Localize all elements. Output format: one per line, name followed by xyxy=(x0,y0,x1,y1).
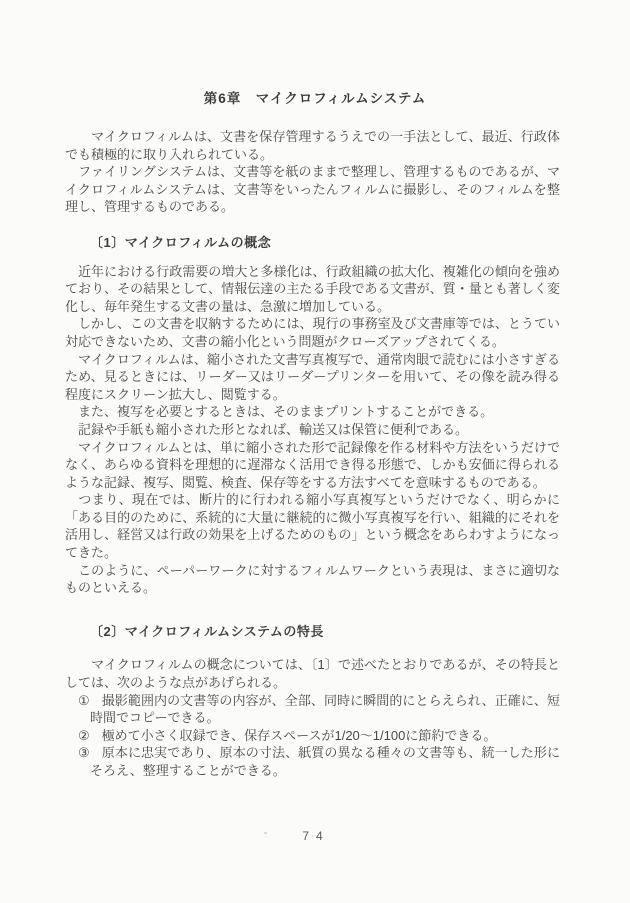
paragraph: しかし、この文書を収納するためには、現行の事務室及び文書庫等では、とうてい対応で… xyxy=(65,315,560,350)
paragraph: マイクロフィルムの概念については、〔1〕で述べたとおりであるが、その特長としては… xyxy=(65,656,560,691)
feature-item: ②極めて小さく収録でき、保存スペースが1/20〜1/100に節約できる。 xyxy=(65,727,560,745)
document-content: マイクロフィルムは、文書を保存管理するうえでの一手法として、最近、行政体でも積極… xyxy=(65,128,560,845)
paragraph: マイクロフィルムとは、単に縮小された形で記録像を作る材料や方法をいうだけでなく、… xyxy=(65,439,560,492)
feature-item: ①撮影範囲内の文書等の内容が、全部、同時に瞬間的にとらえられ、正確に、短時間でコ… xyxy=(65,692,560,727)
feature-text: 原本に忠実であり、原本の寸法、紙質の異なる種々の文書等も、統一した形にそろえ、整… xyxy=(90,745,560,778)
feature-marker: ② xyxy=(78,728,90,743)
feature-marker: ① xyxy=(78,693,90,708)
paragraph: このように、ペーパーワークに対するフィルムワークという表現は、まさに適切なものと… xyxy=(65,562,560,597)
paragraph: ファイリングシステムは、文書等を紙のままで整理し、管理するものであるが、マイクロ… xyxy=(65,163,560,216)
feature-marker: ③ xyxy=(78,745,90,760)
paragraph: つまり、現在では、断片的に行われる縮小写真複写というだけでなく、明らかに「ある目… xyxy=(65,491,560,561)
sections-container: 〔1〕マイクロフィルムの概念 近年における行政需要の増大と多様化は、行政組織の拡… xyxy=(65,234,560,780)
intro-paragraphs: マイクロフィルムは、文書を保存管理するうえでの一手法として、最近、行政体でも積極… xyxy=(65,128,560,216)
paragraph: マイクロフィルムは、文書を保存管理するうえでの一手法として、最近、行政体でも積極… xyxy=(65,128,560,163)
feature-item: ③原本に忠実であり、原本の寸法、紙質の異なる種々の文書等も、統一した形にそろえ、… xyxy=(65,744,560,779)
document-page: 第6章 マイクロフィルムシステム マイクロフィルムは、文書を保存管理するうえでの… xyxy=(0,0,630,903)
feature-text: 極めて小さく収録でき、保存スペースが1/20〜1/100に節約できる。 xyxy=(102,728,497,743)
section-1: 〔1〕マイクロフィルムの概念 近年における行政需要の増大と多様化は、行政組織の拡… xyxy=(65,234,560,597)
section-heading: 〔2〕マイクロフィルムシステムの特長 xyxy=(90,623,560,641)
scan-speck-artifact xyxy=(264,832,267,834)
paragraph: また、複写を必要とするときは、そのままプリントすることができる。 xyxy=(65,403,560,421)
paragraph: 近年における行政需要の増大と多様化は、行政組織の拡大化、複雑化の傾向を強めており… xyxy=(65,263,560,316)
feature-text: 撮影範囲内の文書等の内容が、全部、同時に瞬間的にとらえられ、正確に、短時間でコピ… xyxy=(90,693,560,726)
paragraph: 記録や手紙も縮小された形となれば、輸送又は保管に便利である。 xyxy=(65,421,560,439)
paragraph: マイクロフィルムは、縮小された文書写真複写で、通常肉眼で読むには小さすぎるため、… xyxy=(65,351,560,404)
page-number: 74 xyxy=(65,828,560,846)
section-2: 〔2〕マイクロフィルムシステムの特長 マイクロフィルムの概念については、〔1〕で… xyxy=(65,623,560,780)
section-heading: 〔1〕マイクロフィルムの概念 xyxy=(90,234,560,252)
chapter-title: 第6章 マイクロフィルムシステム xyxy=(0,0,630,109)
